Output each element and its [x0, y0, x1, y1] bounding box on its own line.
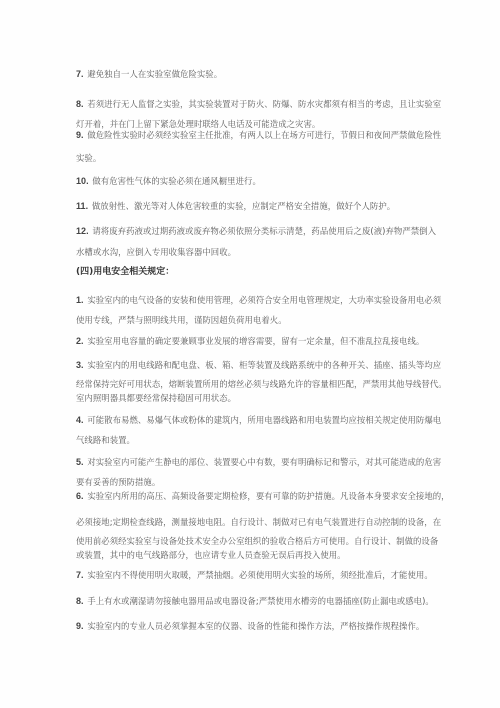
item-number: 7.: [76, 69, 84, 79]
item-text: 或装置，其中的电气线路部分，也应请专业人员查验无误后再投入使用。: [76, 550, 346, 560]
list-item-elec-6: 6. 实验室内所用的高压、高频设备要定期检修，要有可靠的防护措施。凡设备本身要求…: [76, 490, 450, 502]
item-text: 若须进行无人监督之实验，其实验装置对于防火、防爆、防水灾都须有相当的考虑，且让实…: [85, 99, 442, 109]
item-number: 8.: [76, 99, 84, 109]
list-item-lab-10: 10. 做有危害性气体的实验必须在通风橱里进行。: [76, 175, 261, 187]
list-item-continuation: 要有妥善的预防措施。: [76, 476, 160, 488]
list-item-elec-9: 9. 实验室内的专业人员必须掌握本室的仪器、设备的性能和操作方法，严格按操作规程…: [76, 620, 424, 632]
item-number: 9.: [76, 130, 84, 140]
list-item-lab-7: 7. 避免独自一人在实验室做危险实验。: [76, 68, 222, 80]
item-number: 2.: [76, 336, 84, 346]
item-text: 可能散布易燃、易爆气体或粉体的建筑内，所用电器线路和用电装置均应按相关规定使用防…: [85, 415, 442, 425]
item-number: 7.: [76, 570, 84, 580]
item-number: 5.: [76, 457, 84, 467]
item-number: 11.: [76, 201, 88, 211]
list-item-elec-7: 7. 实验室内不得使用明火取暖，严禁抽烟。必须使用明火实验的场所，须经批准后，才…: [76, 569, 433, 581]
item-text: 实验室内的专业人员必须掌握本室的仪器、设备的性能和操作方法，严格按操作规程操作。: [85, 621, 425, 631]
item-number: 4.: [76, 415, 84, 425]
item-text: 经常保持完好可用状态，熔断装置所用的熔丝必须与线路允许的容量相匹配，严禁用其他导…: [76, 379, 447, 389]
item-number: 1.: [76, 295, 84, 305]
document-page: 7. 避免独自一人在实验室做危险实验。 8. 若须进行无人监督之实验，其实验装置…: [0, 0, 500, 708]
list-item-continuation: 使用专线，严禁与照明线共用，谨防因超负荷用电着火。: [76, 314, 287, 326]
item-number: 3.: [76, 360, 84, 370]
list-item-lab-8: 8. 若须进行无人监督之实验，其实验装置对于防火、防爆、防水灾都须有相当的考虑，…: [76, 98, 441, 110]
list-item-elec-3: 3. 实验室内的用电线路和配电盘、板、箱、柜等装置及线路系统中的各种开关、插座、…: [76, 359, 441, 371]
item-number: 9.: [76, 621, 84, 631]
list-item-lab-11: 11. 做放射性、激光等对人体危害较重的实验，应制定严格安全措施，做好个人防护。: [76, 200, 395, 212]
item-text: 请将废弃药液或过期药液或废弃物必须依照分类标示清楚，药品使用后之废(液)弃物严禁…: [90, 226, 436, 236]
list-item-elec-4: 4. 可能散布易燃、易爆气体或粉体的建筑内，所用电器线路和用电装置均应按相关规定…: [76, 414, 441, 426]
list-item-continuation: 必须接地;定期检查线路，测量接地电阻。自行设计、制做对已有电气装置进行自动控制的…: [76, 516, 441, 528]
list-item-continuation: 室内照明器具都要经常保持稳固可用状态。: [76, 392, 236, 404]
list-item-lab-12: 12. 请将废弃药液或过期药液或废弃物必须依照分类标示清楚，药品使用后之废(液)…: [76, 225, 436, 237]
item-text: 实验室内所用的高压、高频设备要定期检修，要有可靠的防护措施。凡设备本身要求安全接…: [85, 491, 450, 501]
list-item-elec-1: 1. 实验室内的电气设备的安装和使用管理，必须符合安全用电管理规定，大功率实验设…: [76, 294, 441, 306]
item-text: 实验。: [76, 153, 101, 163]
list-item-elec-5: 5. 对实验室内可能产生静电的部位、装置要心中有数，要有明确标记和警示，对其可能…: [76, 456, 441, 468]
item-text: 对实验室内可能产生静电的部位、装置要心中有数，要有明确标记和警示，对其可能造成的…: [85, 457, 442, 467]
item-text: 手上有水或潮湿请勿接触电器用品或电器设备;严禁使用水槽旁的电器插座(防止漏电或感…: [85, 596, 434, 606]
list-item-lab-9: 9. 做危险性实验时必须经实验室主任批准，有两人以上在场方可进行，节假日和夜间严…: [76, 129, 441, 141]
item-text: 做放射性、激光等对人体危害较重的实验，应制定严格安全措施，做好个人防护。: [89, 201, 395, 211]
item-text: 做危险性实验时必须经实验室主任批准，有两人以上在场方可进行，节假日和夜间严禁做危…: [85, 130, 442, 140]
item-text: 灯开着，并在门上留下紧急处理时联络人电话及可能造成之灾害。: [76, 119, 320, 129]
list-item-continuation: 水槽或水沟，应倒入专用收集容器中回收。: [76, 246, 236, 258]
section-heading-electrical-safety: (四)用电安全相关规定：: [76, 266, 174, 278]
item-text: 水槽或水沟，应倒入专用收集容器中回收。: [76, 247, 236, 257]
item-text: 实验室内不得使用明火取暖，严禁抽烟。必须使用明火实验的场所，须经批准后，才能使用…: [85, 570, 433, 580]
list-item-continuation: 或装置，其中的电气线路部分，也应请专业人员查验无误后再投入使用。: [76, 549, 346, 561]
item-number: 10.: [76, 176, 89, 186]
item-text: 做有危害性气体的实验必须在通风橱里进行。: [90, 176, 261, 186]
list-item-elec-8: 8. 手上有水或潮湿请勿接触电器用品或电器设备;严禁使用水槽旁的电器插座(防止漏…: [76, 595, 434, 607]
list-item-continuation: 实验。: [76, 152, 101, 164]
item-number: 6.: [76, 491, 84, 501]
item-text: 室内照明器具都要经常保持稳固可用状态。: [76, 393, 236, 403]
item-text: 实验室内的用电线路和配电盘、板、箱、柜等装置及线路系统中的各种开关、插座、插头等…: [85, 360, 442, 370]
item-text: 必须接地;定期检查线路，测量接地电阻。自行设计、制做对已有电气装置进行自动控制的…: [76, 517, 441, 527]
item-text: 实验室用电容量的确定要兼顾事业发展的增容需要，留有一定余量，但不准乱拉乱接电线。: [85, 336, 425, 346]
item-text: 实验室内的电气设备的安装和使用管理，必须符合安全用电管理规定，大功率实验设备用电…: [85, 295, 442, 305]
list-item-continuation: 使用前必须经实验室与设备处技术安全办公室组织的验收合格后方可使用。自行设计、制做…: [76, 535, 438, 547]
item-number: 8.: [76, 596, 84, 606]
item-text: 气线路和装置。: [76, 435, 135, 445]
item-text: 使用专线，严禁与照明线共用，谨防因超负荷用电着火。: [76, 315, 287, 325]
list-item-elec-2: 2. 实验室用电容量的确定要兼顾事业发展的增容需要，留有一定余量，但不准乱拉乱接…: [76, 335, 424, 347]
item-text: 要有妥善的预防措施。: [76, 477, 160, 487]
list-item-continuation: 经常保持完好可用状态，熔断装置所用的熔丝必须与线路允许的容量相匹配，严禁用其他导…: [76, 378, 447, 390]
list-item-continuation: 气线路和装置。: [76, 434, 135, 446]
item-text: 使用前必须经实验室与设备处技术安全办公室组织的验收合格后方可使用。自行设计、制做…: [76, 536, 438, 546]
item-number: 12.: [76, 226, 89, 236]
item-text: 避免独自一人在实验室做危险实验。: [85, 69, 223, 79]
